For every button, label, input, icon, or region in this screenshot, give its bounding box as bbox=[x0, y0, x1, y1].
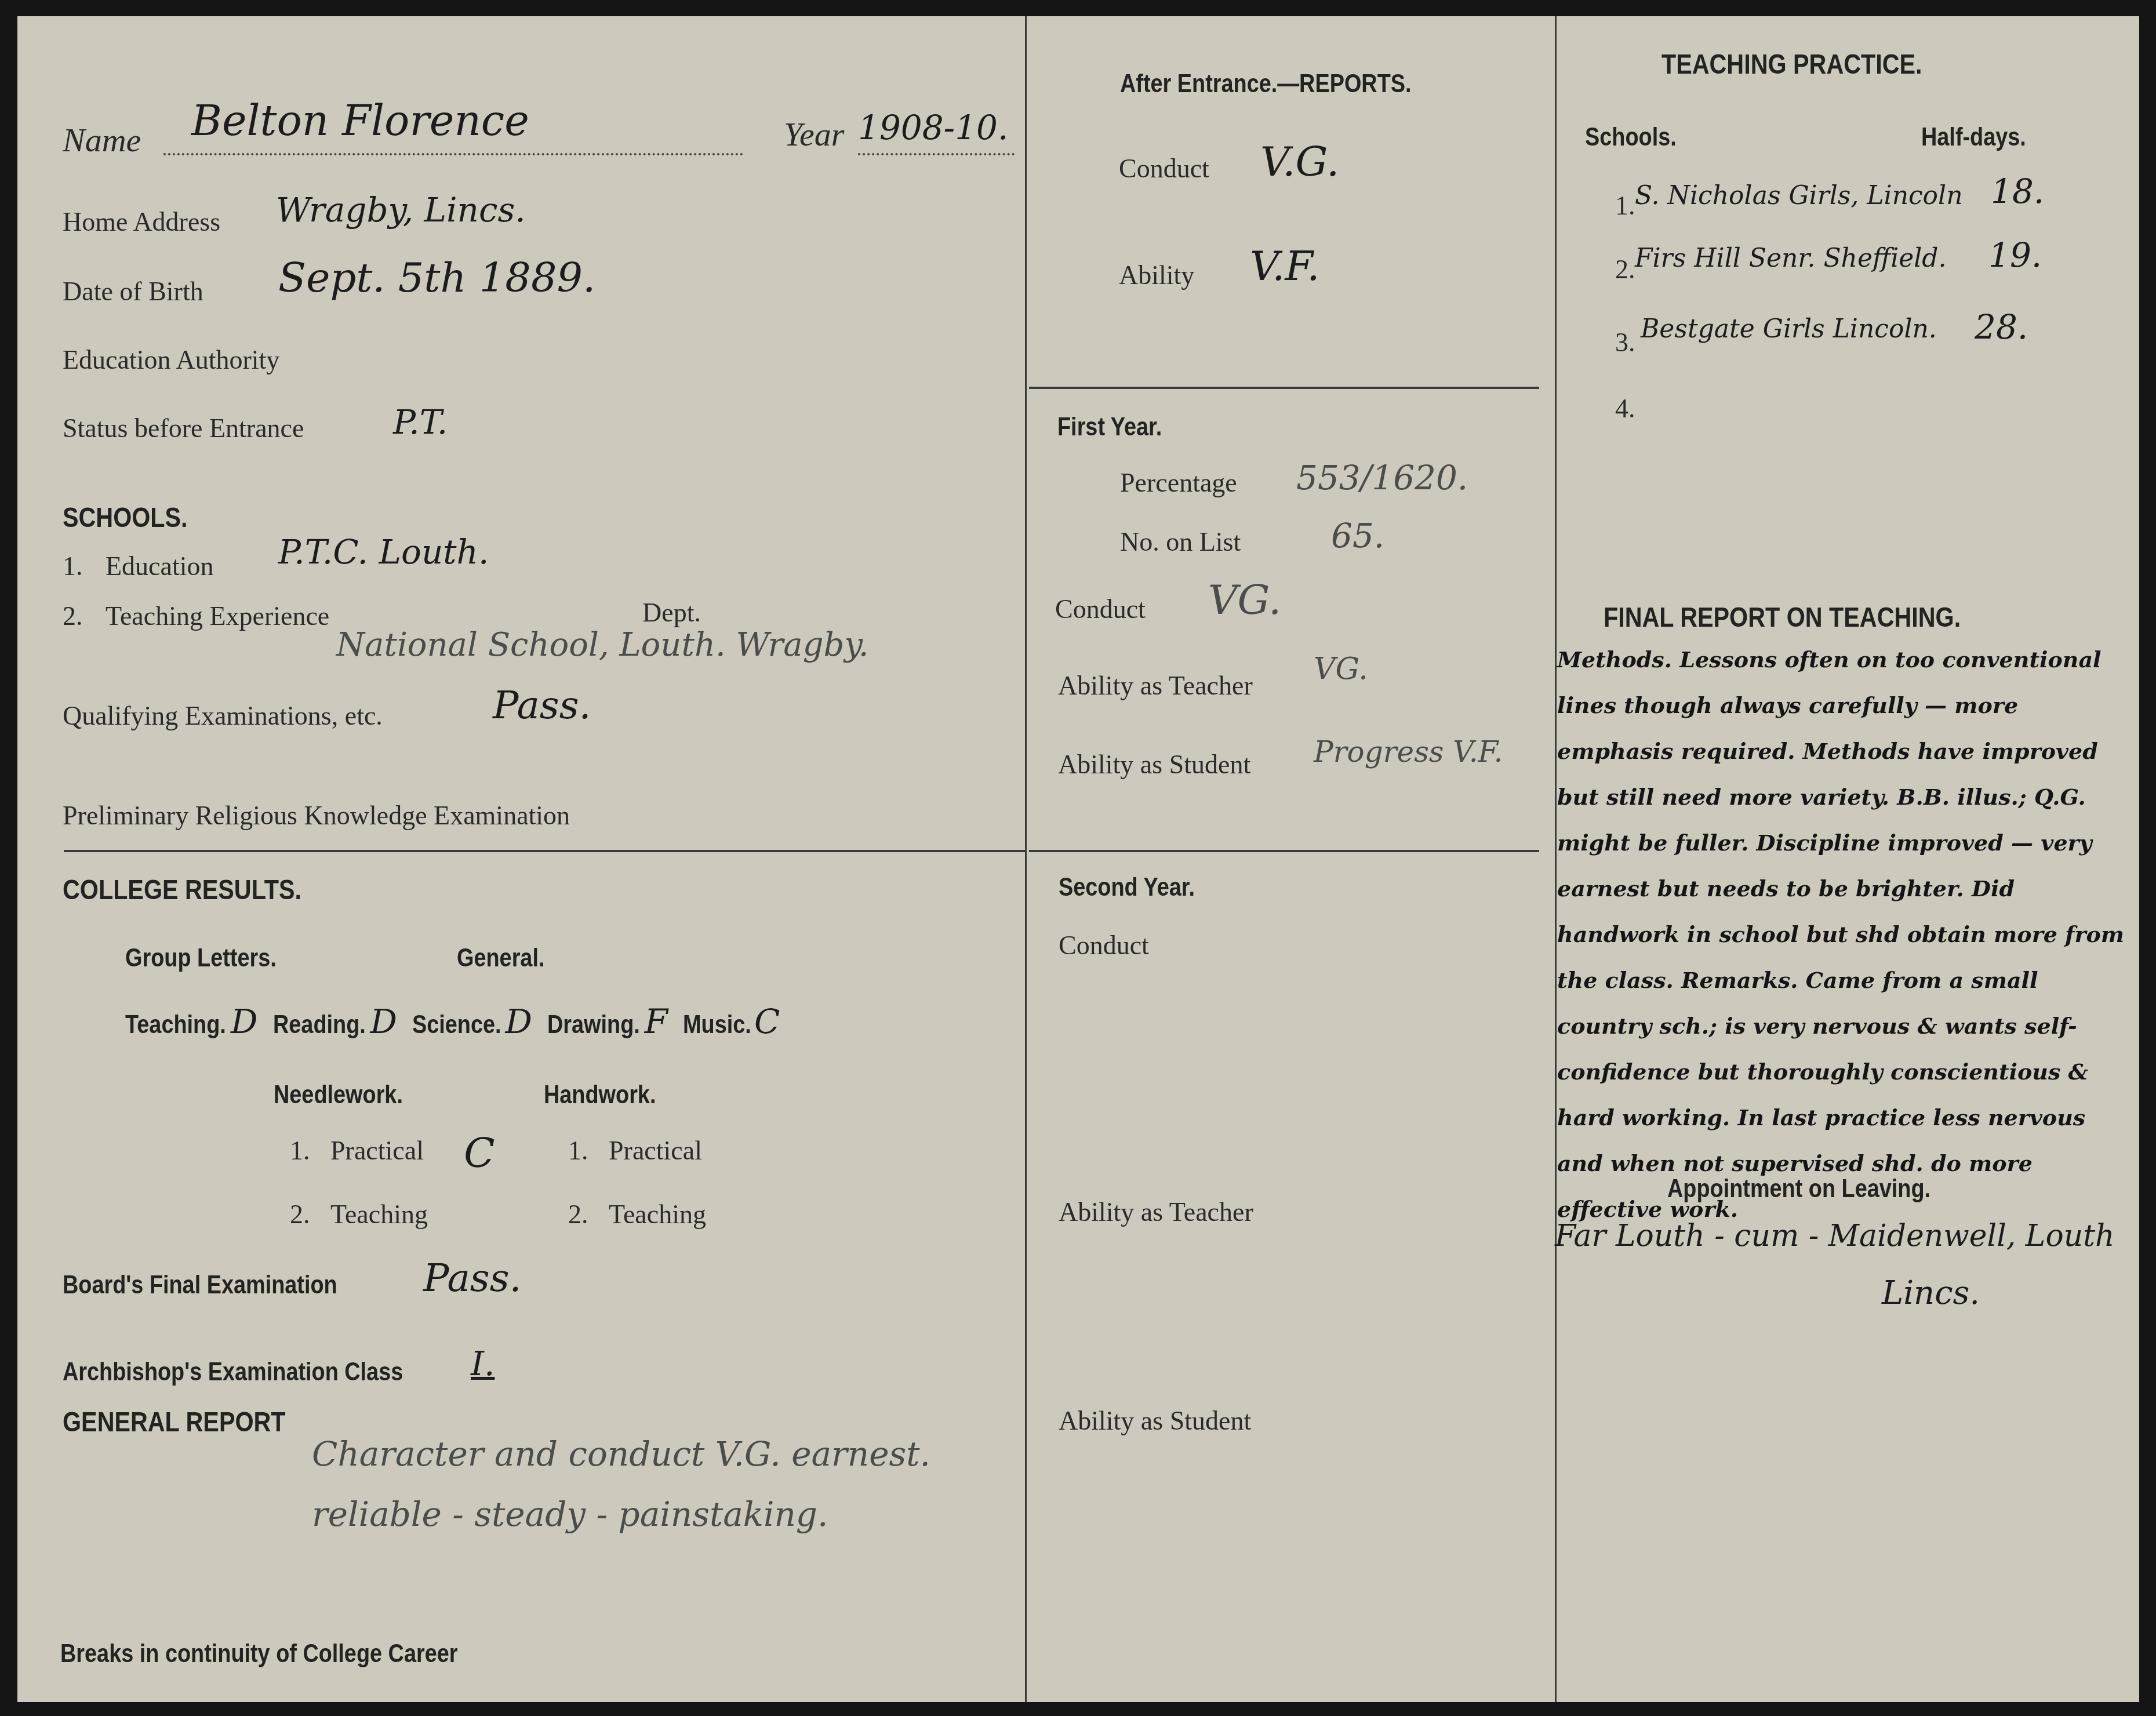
teaching-experience-label: Teaching Experience bbox=[106, 601, 329, 631]
left-section-rule bbox=[64, 850, 1025, 852]
education-authority-label: Education Authority bbox=[63, 344, 279, 375]
handwork-practical-number: 1. bbox=[568, 1135, 588, 1166]
status-value: P.T. bbox=[393, 402, 448, 442]
needlework-practical-label: Practical bbox=[330, 1135, 424, 1166]
first-year-teacher-label: Ability as Teacher bbox=[1058, 670, 1253, 701]
no-on-list-value: 65. bbox=[1331, 516, 1384, 555]
first-year-student-value: Progress V.F. bbox=[1314, 735, 1503, 769]
status-label: Status before Entrance bbox=[63, 413, 304, 443]
no-on-list-label: No. on List bbox=[1120, 526, 1241, 557]
final-report-text: Methods. Lessons often on too convention… bbox=[1557, 637, 2137, 1232]
second-year-conduct-label: Conduct bbox=[1059, 930, 1149, 961]
general-report-line-1: Character and conduct V.G. earnest. bbox=[312, 1434, 930, 1474]
grade-item: Music.C bbox=[683, 1002, 780, 1041]
general-report-label: GENERAL REPORT bbox=[63, 1406, 286, 1438]
percentage-label: Percentage bbox=[1120, 467, 1237, 498]
needlework-practical-number: 1. bbox=[290, 1135, 310, 1166]
education-label: Education bbox=[106, 551, 214, 581]
practice-number: 3. bbox=[1615, 327, 1635, 358]
needlework-practical-value: C bbox=[464, 1129, 495, 1177]
practice-school: Firs Hill Senr. Sheffield. bbox=[1635, 243, 1947, 273]
name-label: Name bbox=[63, 121, 141, 159]
home-address-label: Home Address bbox=[63, 206, 220, 237]
second-year-student-label: Ability as Student bbox=[1059, 1405, 1251, 1436]
practice-half-days: 19. bbox=[1988, 235, 2042, 275]
name-underline bbox=[163, 153, 743, 155]
education-number: 1. bbox=[63, 551, 83, 581]
grade-label: Reading. bbox=[273, 1010, 366, 1039]
practice-half-days: 18. bbox=[1991, 172, 2044, 211]
grade-label: Music. bbox=[683, 1010, 751, 1039]
practice-school: S. Nicholas Girls, Lincoln bbox=[1635, 181, 1963, 210]
entrance-ability-value: V.F. bbox=[1250, 242, 1319, 290]
group-letters-label: Group Letters. bbox=[125, 944, 277, 973]
appointment-line-2: Lincs. bbox=[1882, 1274, 1980, 1312]
column-divider-1 bbox=[1025, 16, 1027, 1702]
practice-school: Bestgate Girls Lincoln. bbox=[1641, 314, 1937, 344]
practice-number: 4. bbox=[1615, 393, 1635, 424]
grades-row: Teaching.D Reading.D Science.D Drawing.F… bbox=[125, 1002, 780, 1041]
date-of-birth-value: Sept. 5th 1889. bbox=[278, 254, 595, 301]
qualifying-exams-value: Pass. bbox=[493, 683, 591, 728]
second-year-heading: Second Year. bbox=[1059, 873, 1195, 902]
schools-heading: SCHOOLS. bbox=[63, 502, 188, 534]
grade-item: Teaching.D bbox=[125, 1002, 258, 1041]
column-divider-2 bbox=[1555, 16, 1557, 1702]
handwork-teaching-label: Teaching bbox=[609, 1199, 706, 1230]
grade-label: Drawing. bbox=[547, 1010, 640, 1039]
first-year-teacher-value: VG. bbox=[1314, 652, 1368, 686]
entrance-conduct-value: V.G. bbox=[1260, 138, 1339, 186]
teaching-practice-heading: TEACHING PRACTICE. bbox=[1661, 49, 1922, 81]
dept-label: Dept. bbox=[642, 597, 701, 628]
grade-value: C bbox=[754, 1002, 780, 1041]
grade-item: Drawing.F bbox=[547, 1002, 668, 1041]
percentage-value: 553/1620. bbox=[1296, 458, 1468, 497]
practice-number: 2. bbox=[1615, 254, 1635, 285]
year-label: Year bbox=[784, 115, 844, 154]
archbishop-exam-label: Archbishop's Examination Class bbox=[63, 1358, 403, 1387]
grade-value: D bbox=[231, 1002, 258, 1041]
qualifying-exams-label: Qualifying Examinations, etc. bbox=[63, 700, 383, 731]
half-days-column-header: Half-days. bbox=[1921, 123, 2026, 152]
schools-column-header: Schools. bbox=[1585, 123, 1677, 152]
second-year-teacher-label: Ability as Teacher bbox=[1059, 1197, 1253, 1227]
first-year-heading: First Year. bbox=[1057, 413, 1162, 442]
reports-heading: After Entrance.—REPORTS. bbox=[1120, 70, 1412, 99]
grade-value: D bbox=[506, 1002, 533, 1041]
appointment-line-1: Far Louth - cum - Maidenwell, Louth bbox=[1555, 1219, 2115, 1253]
entrance-ability-label: Ability bbox=[1119, 260, 1194, 290]
handwork-practical-label: Practical bbox=[609, 1135, 702, 1166]
teaching-experience-value: National School, Louth. Wragby. bbox=[336, 626, 868, 664]
year-value: 1908-10. bbox=[858, 108, 1008, 147]
date-of-birth-label: Date of Birth bbox=[63, 276, 203, 307]
needlework-teaching-number: 2. bbox=[290, 1199, 310, 1230]
first-year-conduct-value: VG. bbox=[1208, 576, 1281, 624]
practice-half-days: 28. bbox=[1975, 307, 2028, 347]
breaks-in-career-label: Breaks in continuity of College Career bbox=[60, 1639, 458, 1668]
college-results-heading: COLLEGE RESULTS. bbox=[63, 874, 301, 906]
needlework-teaching-label: Teaching bbox=[330, 1199, 428, 1230]
grade-label: Science. bbox=[412, 1010, 501, 1039]
entrance-conduct-label: Conduct bbox=[1119, 153, 1209, 184]
practice-number: 1. bbox=[1615, 190, 1635, 221]
teaching-experience-number: 2. bbox=[63, 601, 83, 631]
home-address-value: Wragby, Lincs. bbox=[276, 190, 526, 230]
grade-item: Reading.D bbox=[273, 1002, 397, 1041]
general-label: General. bbox=[457, 944, 544, 973]
archbishop-exam-value: I. bbox=[471, 1344, 495, 1383]
handwork-label: Handwork. bbox=[544, 1081, 656, 1110]
grade-item: Science.D bbox=[412, 1002, 532, 1041]
grade-value: F bbox=[645, 1002, 668, 1041]
middle-rule-1 bbox=[1029, 387, 1539, 389]
student-record-card: Name Belton Florence Year 1908-10. Home … bbox=[17, 16, 2139, 1702]
first-year-student-label: Ability as Student bbox=[1058, 749, 1250, 780]
boards-final-label: Board's Final Examination bbox=[63, 1271, 337, 1300]
handwork-teaching-number: 2. bbox=[568, 1199, 588, 1230]
middle-rule-2 bbox=[1029, 850, 1539, 852]
appointment-heading: Appointment on Leaving. bbox=[1667, 1175, 1930, 1204]
needlework-label: Needlework. bbox=[274, 1081, 403, 1110]
final-report-heading: FINAL REPORT ON TEACHING. bbox=[1604, 602, 1961, 634]
year-underline bbox=[858, 153, 1015, 155]
education-value: P.T.C. Louth. bbox=[278, 532, 489, 572]
boards-final-value: Pass. bbox=[423, 1256, 522, 1300]
name-value: Belton Florence bbox=[191, 96, 529, 145]
general-report-line-2: reliable - steady - painstaking. bbox=[312, 1495, 828, 1534]
grade-label: Teaching. bbox=[125, 1010, 226, 1039]
preliminary-religious-label: Preliminary Religious Knowledge Examinat… bbox=[63, 800, 570, 831]
grade-value: D bbox=[370, 1002, 397, 1041]
first-year-conduct-label: Conduct bbox=[1055, 594, 1146, 624]
